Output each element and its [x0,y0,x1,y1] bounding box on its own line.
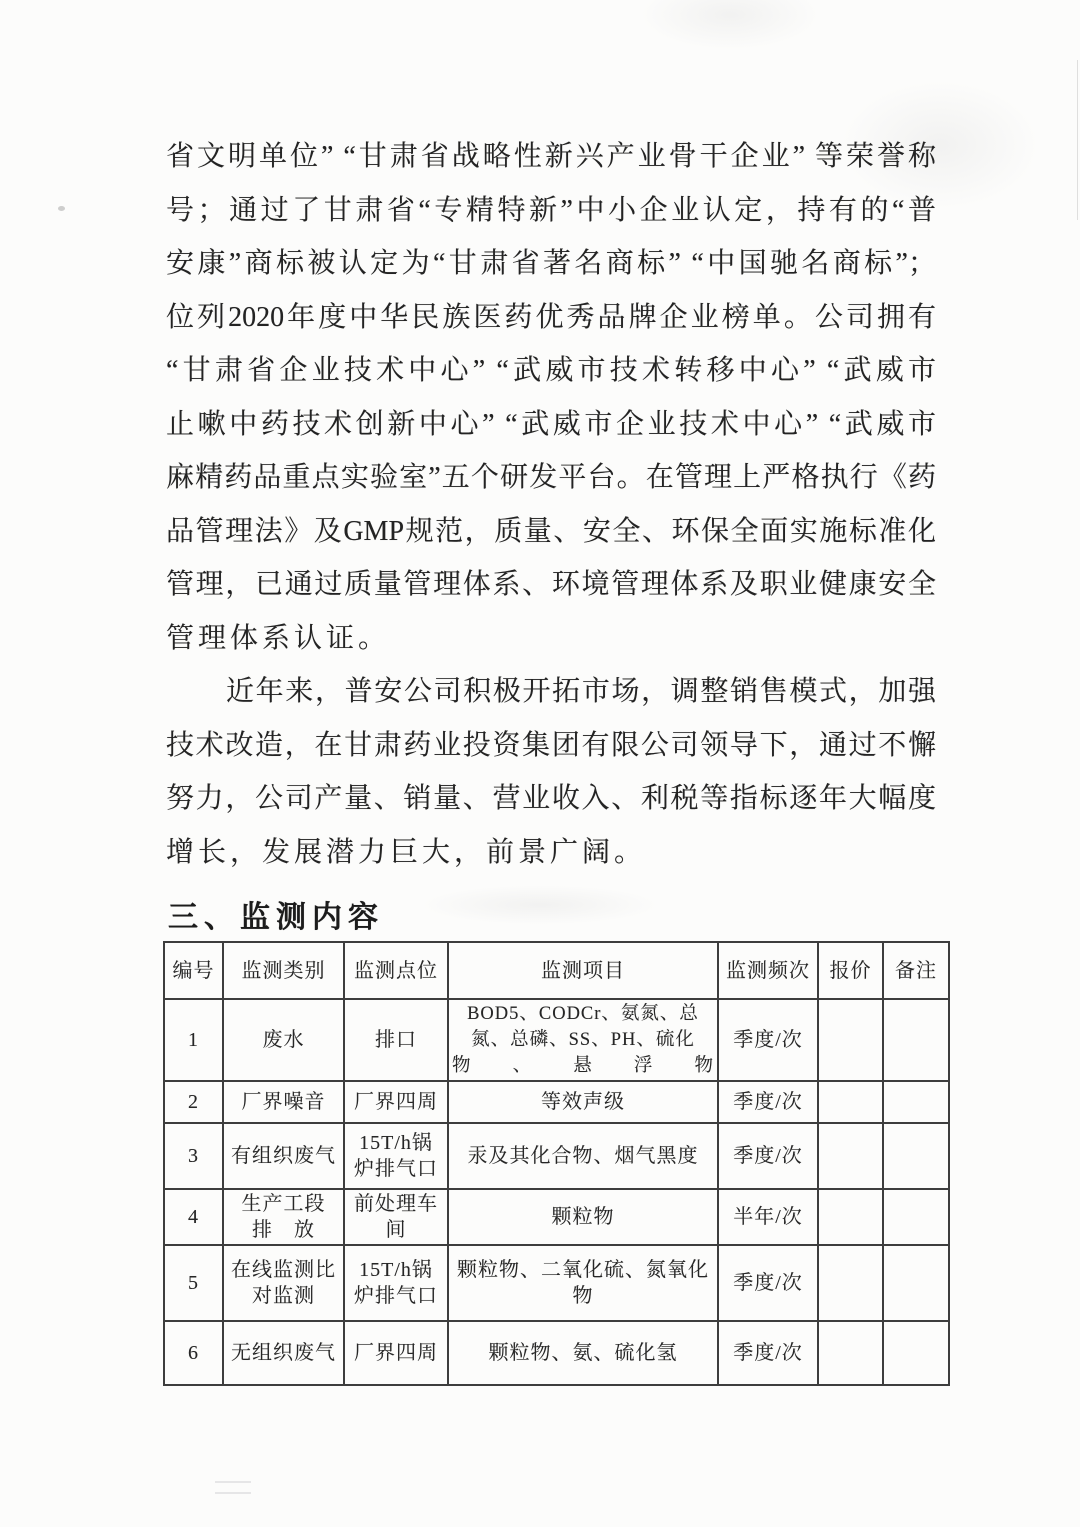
table-row: 3 有组织废气 15T/h锅 炉排气口 汞及其化合物、烟气黑度 季度/次 [164,1123,949,1189]
cell-note [883,1123,949,1189]
table-row: 1 废水 排口 BOD5、CODCr、氨氮、总氮、总磷、SS、PH、硫化物、悬浮… [164,999,949,1081]
paragraph-line: 增长，发展潜力巨大，前景广阔。 [166,826,936,880]
paragraph-line: 省文明单位” “甘肃省战略性新兴产业骨干企业” 等荣誉称 [166,130,936,184]
cell-location: 15T/h锅 炉排气口 [344,1245,448,1321]
paragraph-line: 安康”商标被认定为“甘肃省著名商标” “中国驰名商标”； [166,237,936,291]
table-row: 2 厂界噪音 厂界四周 等效声级 季度/次 [164,1081,949,1123]
cell-category: 厂界噪音 [223,1081,344,1123]
cell-items: 颗粒物、氨、硫化氢 [448,1321,718,1385]
table-row: 6 无组织废气 厂界四周 颗粒物、氨、硫化氢 季度/次 [164,1321,949,1385]
paragraph-line: 近年来，普安公司积极开拓市场，调整销售模式，加强 [166,665,936,719]
scan-dash-artifact [215,1481,251,1483]
cell-price [818,999,883,1081]
cell-frequency: 季度/次 [718,1123,818,1189]
paragraph-line: 止嗽中药技术创新中心” “武威市企业技术中心” “武威市 [166,398,936,452]
cell-note [883,1245,949,1321]
cell-number: 2 [164,1081,223,1123]
cell-category: 生产工段 排 放 [223,1189,344,1245]
cell-items: BOD5、CODCr、氨氮、总氮、总磷、SS、PH、硫化物、悬浮物 [448,999,718,1081]
cell-category: 无组织废气 [223,1321,344,1385]
table-row: 5 在线监测比 对监测 15T/h锅 炉排气口 颗粒物、二氧化硫、氮氧化物 季度… [164,1245,949,1321]
cell-number: 1 [164,999,223,1081]
column-header-note: 备注 [883,942,949,999]
cell-number: 6 [164,1321,223,1385]
paragraph-line: 品管理法》及GMP规范，质量、安全、环保全面实施标准化 [166,505,936,559]
column-header-items: 监测项目 [448,942,718,999]
cell-price [818,1081,883,1123]
cell-note [883,999,949,1081]
cell-location: 前处理车 间 [344,1189,448,1245]
paragraph-line: 管理体系认证。 [166,612,936,666]
cell-category: 有组织废气 [223,1123,344,1189]
cell-note [883,1321,949,1385]
scan-dash-artifact [215,1492,251,1494]
column-header-price: 报价 [818,942,883,999]
section-heading: 三、监测内容 [168,892,384,936]
column-header-number: 编号 [164,942,223,999]
scan-smudge [640,0,820,50]
scan-smudge [420,885,660,925]
scan-speck [58,206,65,211]
cell-number: 5 [164,1245,223,1321]
monitoring-table: 编号 监测类别 监测点位 监测项目 监测频次 报价 备注 1 废水 排口 BOD… [163,941,950,1386]
cell-frequency: 半年/次 [718,1189,818,1245]
cell-price [818,1123,883,1189]
cell-frequency: 季度/次 [718,999,818,1081]
cell-location: 排口 [344,999,448,1081]
cell-location: 厂界四周 [344,1321,448,1385]
cell-location: 厂界四周 [344,1081,448,1123]
cell-price [818,1245,883,1321]
paragraph-line: 努力，公司产量、销量、营业收入、利税等指标逐年大幅度 [166,772,936,826]
scan-edge-artifact [1077,60,1078,220]
cell-price [818,1321,883,1385]
column-header-category: 监测类别 [223,942,344,999]
scanned-document-page: 省文明单位” “甘肃省战略性新兴产业骨干企业” 等荣誉称 号；通过了甘肃省“专精… [0,0,1080,1527]
table-row: 4 生产工段 排 放 前处理车 间 颗粒物 半年/次 [164,1189,949,1245]
cell-number: 4 [164,1189,223,1245]
cell-frequency: 季度/次 [718,1245,818,1321]
column-header-location: 监测点位 [344,942,448,999]
cell-note [883,1081,949,1123]
cell-items: 颗粒物、二氧化硫、氮氧化物 [448,1245,718,1321]
paragraph-line: “甘肃省企业技术中心” “武威市技术转移中心” “武威市 [166,344,936,398]
cell-category: 废水 [223,999,344,1081]
paragraph-line: 管理，已通过质量管理体系、环境管理体系及职业健康安全 [166,558,936,612]
table-header-row: 编号 监测类别 监测点位 监测项目 监测频次 报价 备注 [164,942,949,999]
paragraph-line: 技术改造，在甘肃药业投资集团有限公司领导下，通过不懈 [166,719,936,773]
cell-number: 3 [164,1123,223,1189]
paragraph-line: 位列2020年度中华民族医药优秀品牌企业榜单。公司拥有 [166,291,936,345]
cell-items: 汞及其化合物、烟气黑度 [448,1123,718,1189]
body-text: 省文明单位” “甘肃省战略性新兴产业骨干企业” 等荣誉称 号；通过了甘肃省“专精… [166,130,936,879]
cell-frequency: 季度/次 [718,1321,818,1385]
cell-category: 在线监测比 对监测 [223,1245,344,1321]
paragraph-line: 麻精药品重点实验室”五个研发平台。在管理上严格执行《药 [166,451,936,505]
cell-items: 颗粒物 [448,1189,718,1245]
column-header-frequency: 监测频次 [718,942,818,999]
cell-price [818,1189,883,1245]
cell-note [883,1189,949,1245]
cell-frequency: 季度/次 [718,1081,818,1123]
cell-location: 15T/h锅 炉排气口 [344,1123,448,1189]
cell-items: 等效声级 [448,1081,718,1123]
paragraph-line: 号；通过了甘肃省“专精特新”中小企业认定，持有的“普 [166,184,936,238]
